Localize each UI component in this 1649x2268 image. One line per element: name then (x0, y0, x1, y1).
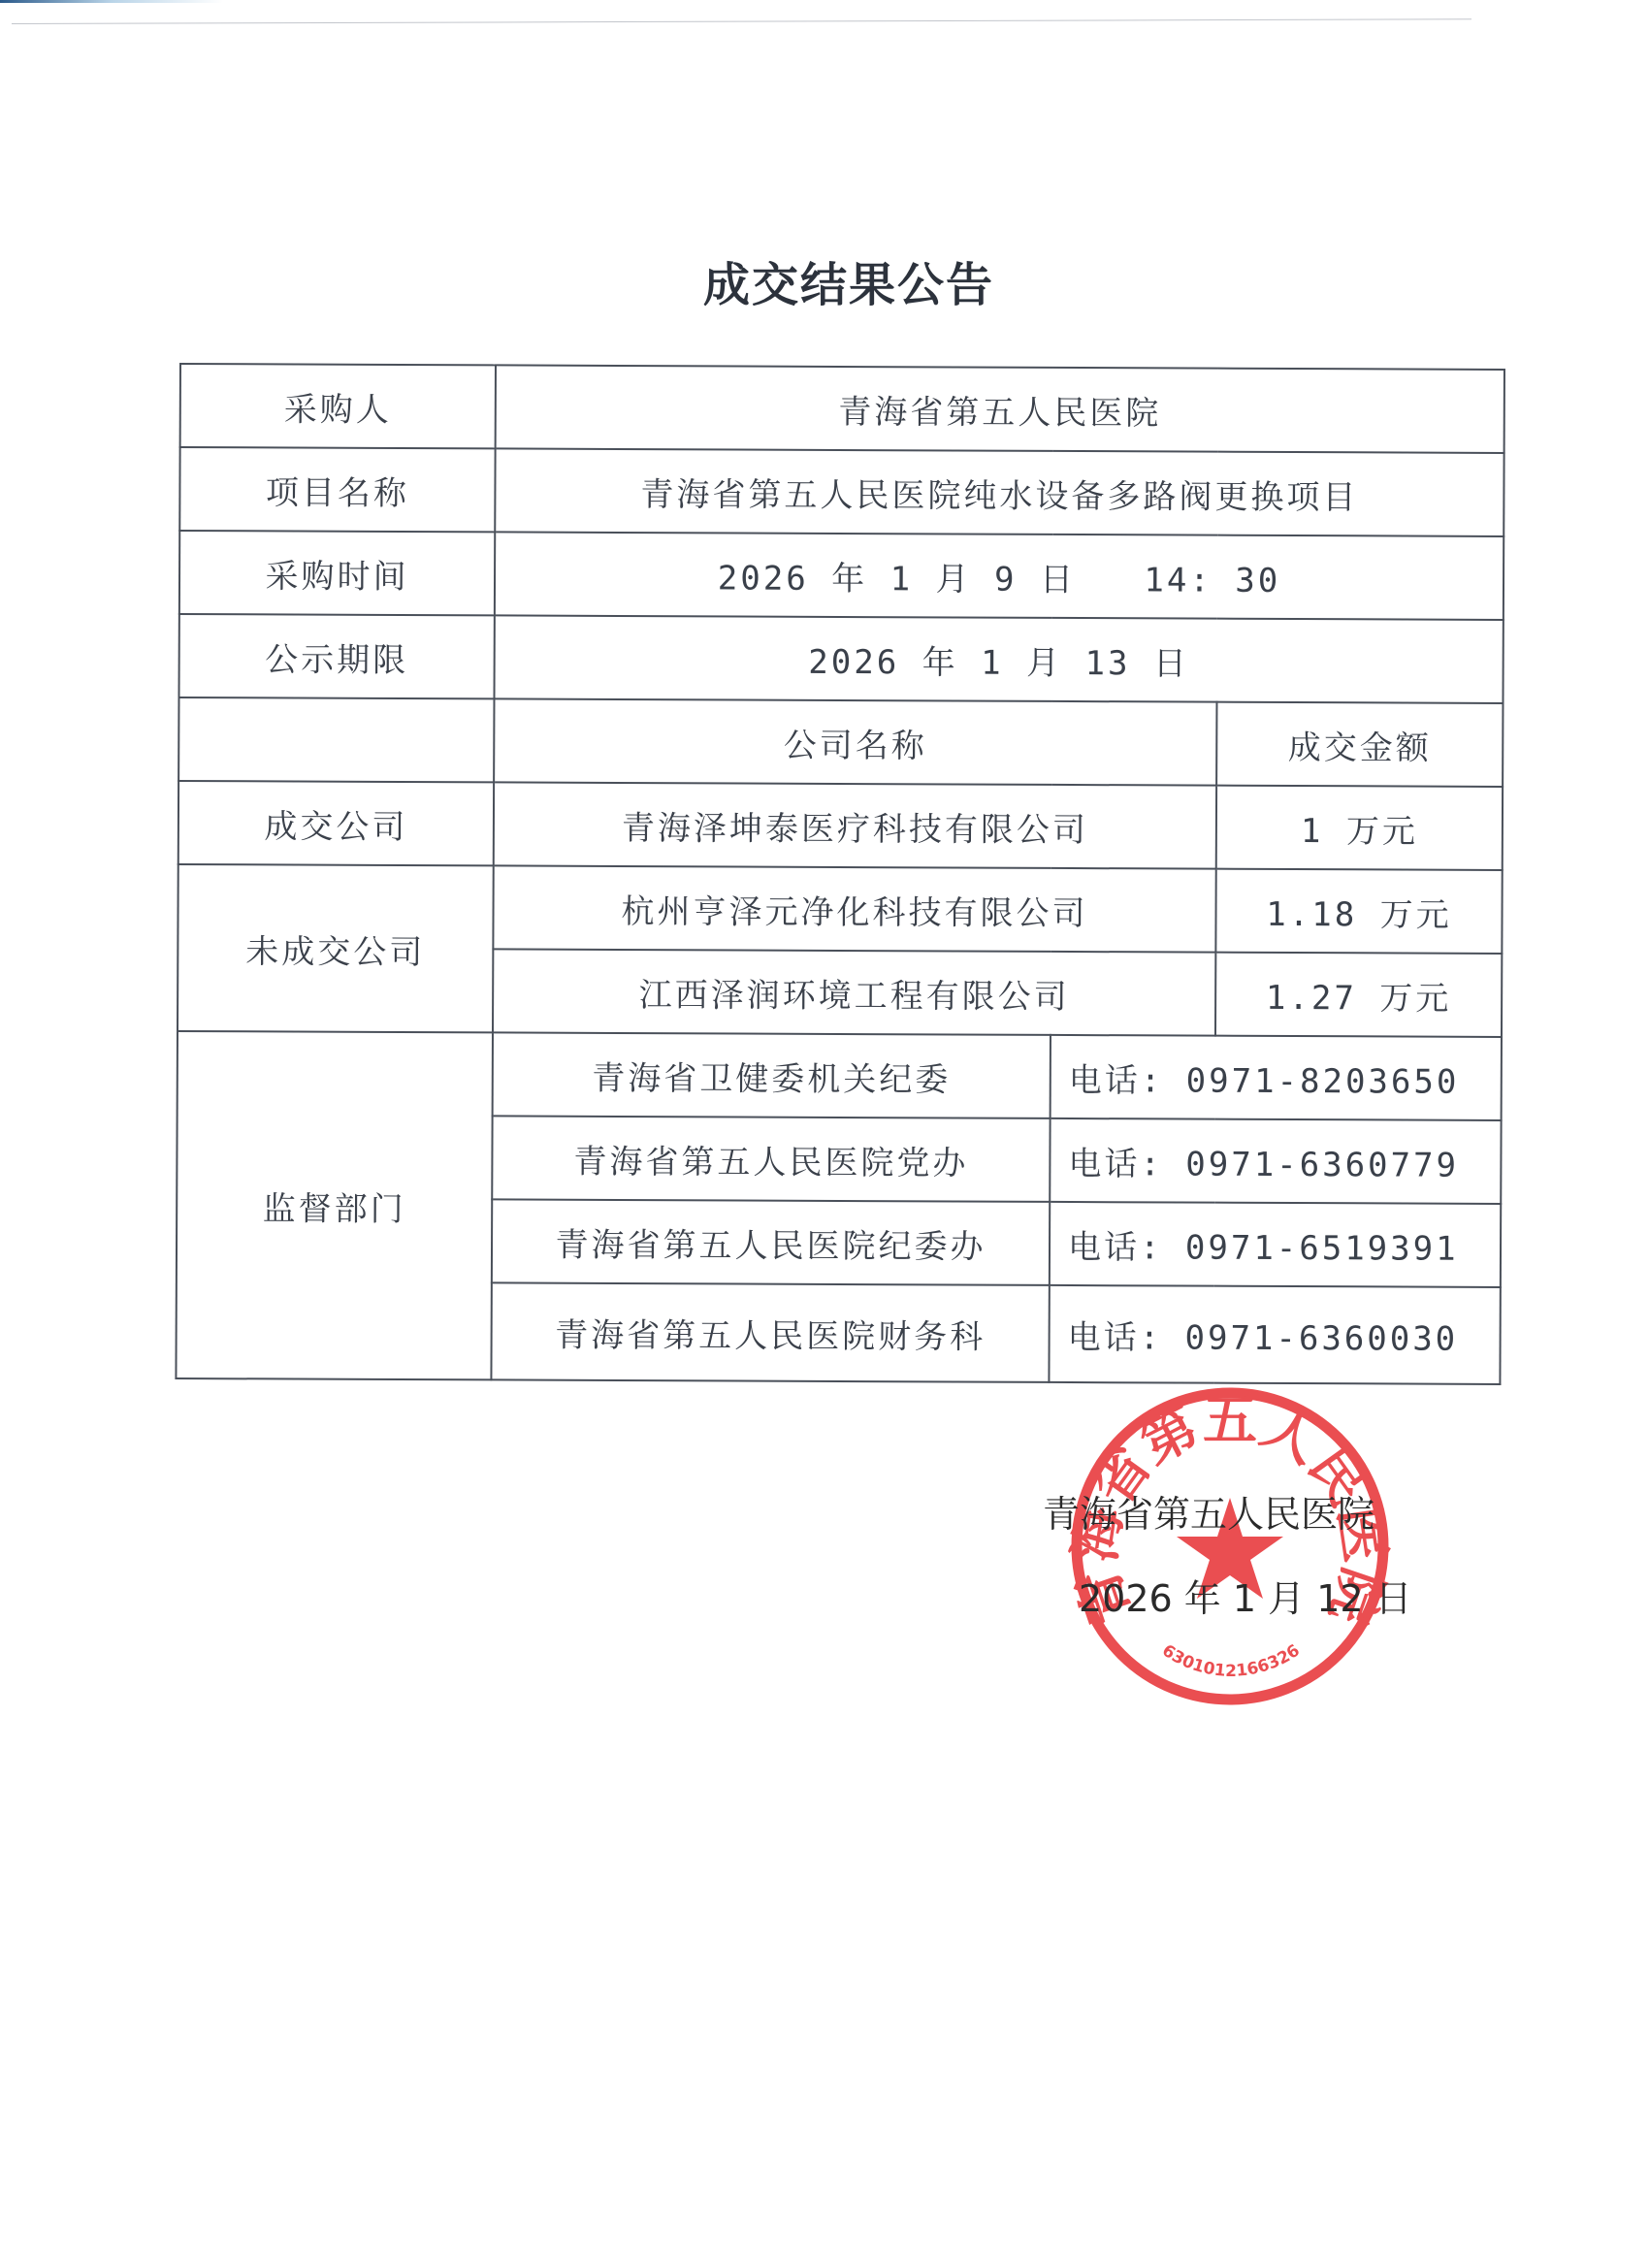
signature-org: 青海省第五人民医院 (1043, 1484, 1374, 1538)
value-purchaser: 青海省第五人民医院 (496, 365, 1504, 453)
label-project-name: 项目名称 (179, 447, 495, 532)
label-supervision: 监督部门 (176, 1031, 493, 1379)
supervision-phone: 电话: 0971-6519391 (1050, 1202, 1501, 1287)
supervision-phone: 电话: 0971-8203650 (1051, 1035, 1502, 1120)
non-winner-amount: 1.18 万元 (1215, 869, 1502, 954)
supervision-dept: 青海省第五人民医院党办 (492, 1116, 1050, 1202)
row-notice-period: 公示期限 2026 年 1 月 13 日 (178, 614, 1503, 703)
row-companies-header: 公司名称 成交金额 (178, 697, 1503, 787)
supervision-phone: 电话: 0971-6360779 (1050, 1118, 1501, 1204)
winner-amount: 1 万元 (1216, 786, 1503, 870)
value-notice-period: 2026 年 1 月 13 日 (494, 615, 1503, 703)
row-purchase-time: 采购时间 2026 年 1 月 9 日 14: 30 (179, 531, 1503, 620)
svg-text:6301012166326: 6301012166326 (1158, 1641, 1304, 1681)
supervision-phone: 电话: 0971-6360030 (1049, 1285, 1500, 1384)
non-winner-company-name: 江西泽润环境工程有限公司 (493, 949, 1215, 1035)
winner-company-name: 青海泽坤泰医疗科技有限公司 (494, 782, 1216, 868)
row-supervision-1: 监督部门 青海省卫健委机关纪委 电话: 0971-8203650 (178, 1031, 1502, 1120)
document-title: 成交结果公告 (24, 247, 1649, 314)
header-amount: 成交金额 (1216, 702, 1503, 787)
value-purchase-time: 2026 年 1 月 9 日 14: 30 (495, 532, 1503, 620)
row-winner: 成交公司 青海泽坤泰医疗科技有限公司 1 万元 (178, 781, 1503, 870)
supervision-dept: 青海省卫健委机关纪委 (493, 1032, 1051, 1118)
supervision-dept: 青海省第五人民医院纪委办 (492, 1199, 1050, 1285)
scan-artifact-line (12, 18, 1471, 24)
row-project-name: 项目名称 青海省第五人民医院纯水设备多路阀更换项目 (179, 447, 1503, 536)
signature-date: 2026 年 1 月 12 日 (1079, 1569, 1412, 1622)
scan-edge (0, 0, 223, 3)
label-notice-period: 公示期限 (178, 614, 494, 698)
label-winner: 成交公司 (178, 781, 494, 865)
row-purchaser: 采购人 青海省第五人民医院 (180, 364, 1504, 453)
label-non-winners: 未成交公司 (178, 864, 494, 1032)
non-winner-company-name: 杭州亨泽元净化科技有限公司 (493, 865, 1215, 952)
non-winner-amount: 1.27 万元 (1215, 953, 1502, 1037)
label-purchaser: 采购人 (180, 364, 496, 448)
official-seal-stamp: 青海省第五人民医院 6301012166326 (1065, 1381, 1395, 1711)
stamp-code-text: 6301012166326 (1158, 1641, 1304, 1681)
header-company-name: 公司名称 (494, 698, 1216, 785)
value-project-name: 青海省第五人民医院纯水设备多路阀更换项目 (495, 448, 1503, 536)
row-non-winner-1: 未成交公司 杭州亨泽元净化科技有限公司 1.18 万元 (178, 864, 1502, 954)
supervision-dept: 青海省第五人民医院财务科 (491, 1282, 1049, 1382)
label-purchase-time: 采购时间 (179, 531, 495, 615)
header-blank (178, 697, 494, 782)
announcement-table: 采购人 青海省第五人民医院 项目名称 青海省第五人民医院纯水设备多路阀更换项目 … (175, 363, 1505, 1385)
